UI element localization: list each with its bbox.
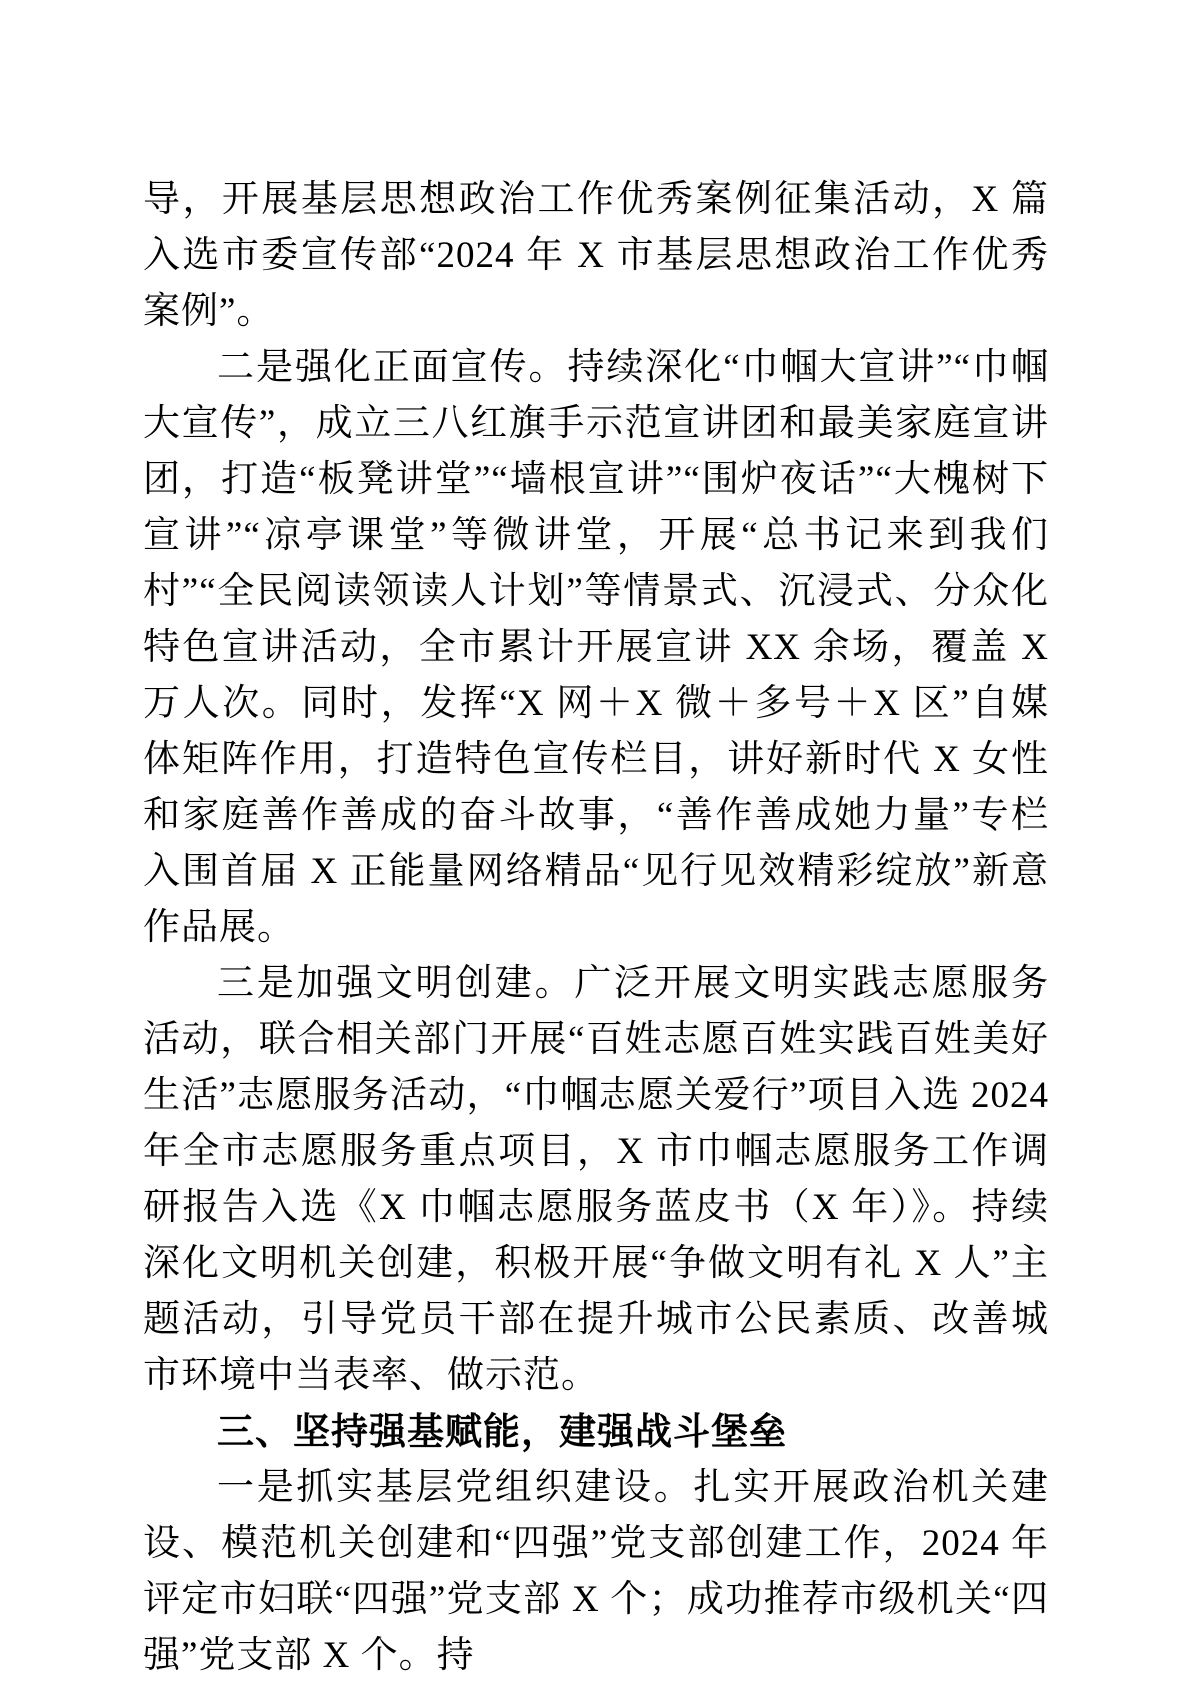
paragraph: 导，开展基层思想政治工作优秀案例征集活动，X 篇入选市委宣传部“2024 年 X… xyxy=(143,172,1049,340)
document-page: 导，开展基层思想政治工作优秀案例征集活动，X 篇入选市委宣传部“2024 年 X… xyxy=(0,0,1190,1683)
paragraph-lead: 二是强化正面宣传。 xyxy=(217,347,567,388)
paragraph-lead: 一是抓实基层党组织建设。 xyxy=(217,1467,693,1508)
paragraph-text: 广泛开展文明实践志愿服务活动，联合相关部门开展“百姓志愿百姓实践百姓美好生活”志… xyxy=(143,963,1049,1396)
document-body: 导，开展基层思想政治工作优秀案例征集活动，X 篇入选市委宣传部“2024 年 X… xyxy=(143,172,1049,1683)
section-heading: 三、坚持强基赋能，建强战斗堡垒 xyxy=(143,1404,1049,1460)
paragraph: 三是加强文明创建。广泛开展文明实践志愿服务活动，联合相关部门开展“百姓志愿百姓实… xyxy=(143,956,1049,1404)
heading-text: 三、坚持强基赋能，建强战斗堡垒 xyxy=(217,1411,787,1452)
paragraph-text: 导，开展基层思想政治工作优秀案例征集活动，X 篇入选市委宣传部“2024 年 X… xyxy=(143,179,1049,332)
paragraph: 二是强化正面宣传。持续深化“巾帼大宣讲”“巾帼大宣传”，成立三八红旗手示范宣讲团… xyxy=(143,340,1049,956)
paragraph-text: 持续深化“巾帼大宣讲”“巾帼大宣传”，成立三八红旗手示范宣讲团和最美家庭宣讲团，… xyxy=(143,347,1049,948)
paragraph: 一是抓实基层党组织建设。扎实开展政治机关建设、模范机关创建和“四强”党支部创建工… xyxy=(143,1460,1049,1683)
paragraph-lead: 三是加强文明创建。 xyxy=(217,963,574,1004)
